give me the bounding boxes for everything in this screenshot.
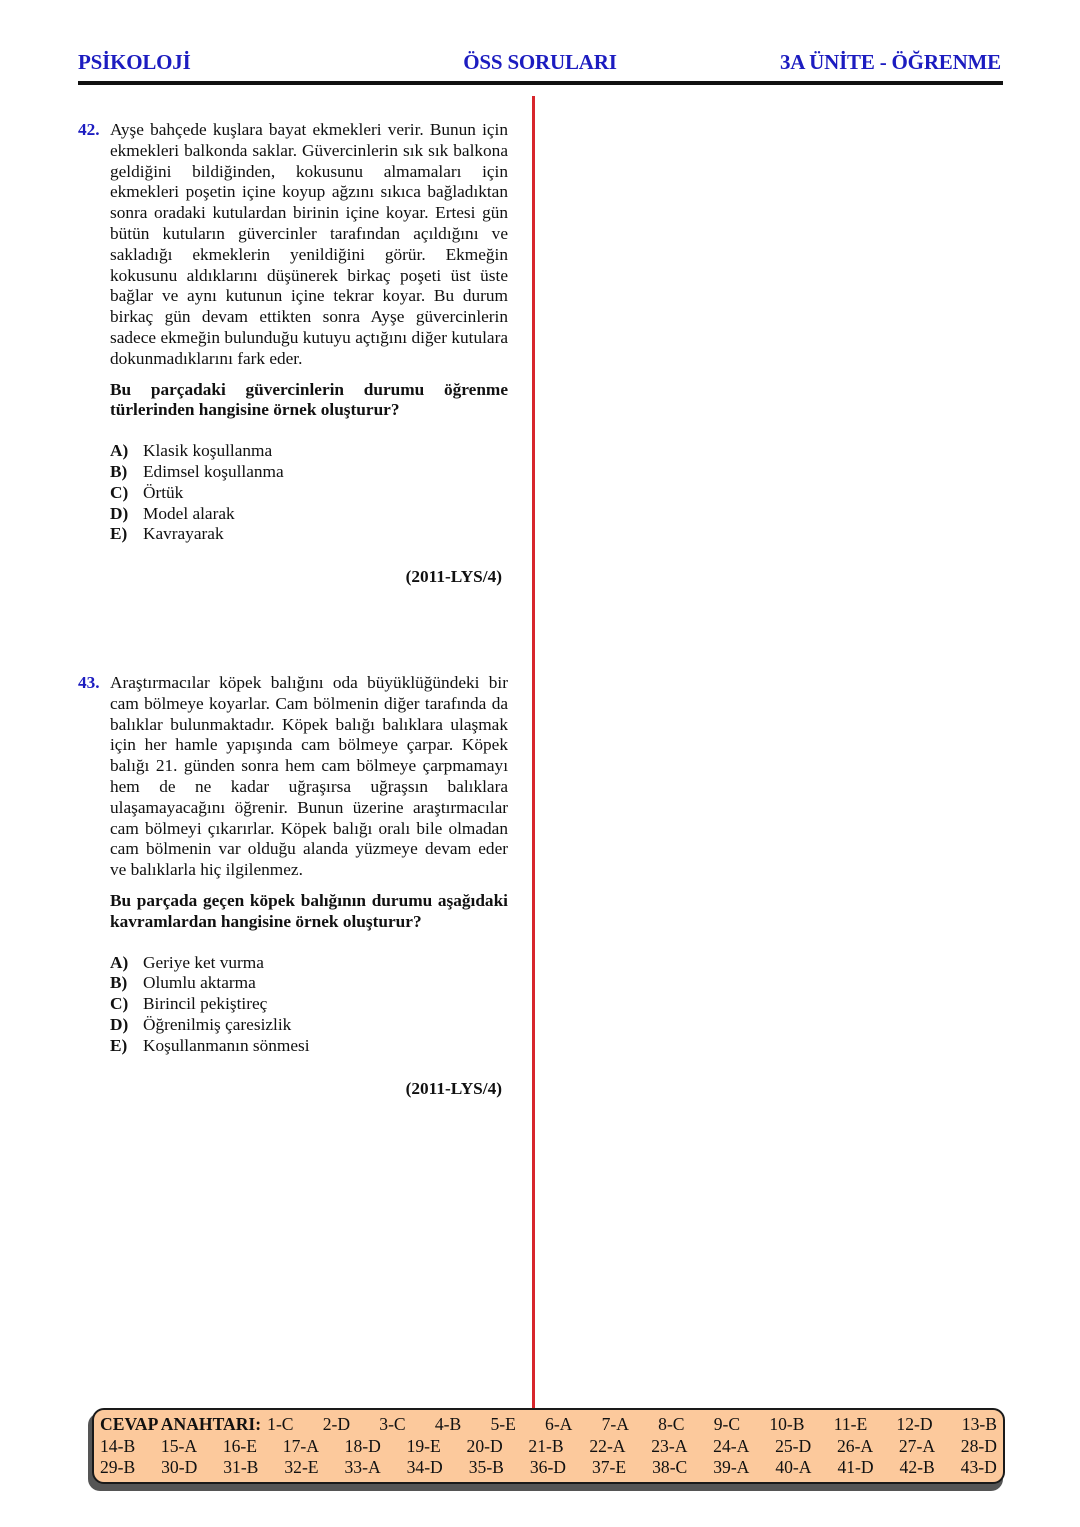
answer-key-item: 16-E (223, 1436, 257, 1458)
option-text: Olumlu aktarma (143, 973, 256, 994)
header-rule (78, 81, 1003, 85)
answer-key-row: CEVAP ANAHTARI:1-C2-D3-C4-B5-E6-A7-A8-C9… (100, 1414, 997, 1436)
answer-key-item: 18-D (345, 1436, 381, 1458)
option-text: Birincil pekiştireç (143, 994, 267, 1015)
answer-key-item: 34-D (407, 1457, 443, 1479)
option-text: Klasik koşullanma (143, 441, 272, 462)
answer-key-item: 9-C (714, 1414, 740, 1436)
answer-key-item: 43-D (961, 1457, 997, 1479)
answer-key-item: 17-A (283, 1436, 319, 1458)
answer-key-item: 6-A (545, 1414, 572, 1436)
answer-key-item: 37-E (592, 1457, 626, 1479)
answer-key-item: 27-A (899, 1436, 935, 1458)
option-text: Geriye ket vurma (143, 953, 264, 974)
option-text: Edimsel koşullanma (143, 462, 284, 483)
question-source: (2011-LYS/4) (78, 567, 502, 588)
option-letter: B) (110, 462, 143, 483)
answer-key-item: 28-D (961, 1436, 997, 1458)
answer-key-item: 31-B (223, 1457, 258, 1479)
answer-key-item: 24-A (713, 1436, 749, 1458)
question-prompt: Bu parçada geçen köpek balığının durumu … (110, 891, 508, 933)
option-letter: A) (110, 953, 143, 974)
option-letter: C) (110, 483, 143, 504)
answer-key: CEVAP ANAHTARI:1-C2-D3-C4-B5-E6-A7-A8-C9… (92, 1408, 1005, 1484)
answer-key-item: 7-A (602, 1414, 629, 1436)
answer-key-item: 38-C (652, 1457, 687, 1479)
answer-key-item: 15-A (161, 1436, 197, 1458)
question-body: Ayşe bahçede kuşlara bayat ekmekleri ver… (110, 120, 508, 370)
answer-key-row: 29-B30-D31-B32-E33-A34-D35-B36-D37-E38-C… (100, 1457, 997, 1479)
answer-key-item: 21-B (528, 1436, 563, 1458)
question-42: 42. Ayşe bahçede kuşlara bayat ekmekleri… (78, 120, 508, 588)
answer-key-item: 23-A (651, 1436, 687, 1458)
answer-key-item: 12-D (896, 1414, 932, 1436)
question-prompt: Bu parçadaki güvercinlerin durumu öğrenm… (110, 380, 508, 422)
option-b[interactable]: B)Edimsel koşullanma (110, 462, 508, 483)
answer-key-item: 25-D (775, 1436, 811, 1458)
option-text: Model alarak (143, 504, 235, 525)
option-d[interactable]: D)Öğrenilmiş çaresizlik (110, 1015, 508, 1036)
answer-key-item: 39-A (713, 1457, 749, 1479)
question-number: 42. (78, 120, 100, 141)
answer-key-item: 35-B (469, 1457, 504, 1479)
option-letter: D) (110, 504, 143, 525)
answer-key-item: 20-D (467, 1436, 503, 1458)
option-text: Kavrayarak (143, 524, 224, 545)
answer-key-item: 29-B (100, 1457, 135, 1479)
answer-key-item: 8-C (658, 1414, 684, 1436)
option-a[interactable]: A)Geriye ket vurma (110, 953, 508, 974)
option-e[interactable]: E)Kavrayarak (110, 524, 508, 545)
answer-key-item: 2-D (323, 1414, 350, 1436)
option-letter: E) (110, 524, 143, 545)
question-body: Araştırmacılar köpek balığını oda büyükl… (110, 673, 508, 881)
option-a[interactable]: A)Klasik koşullanma (110, 441, 508, 462)
answer-key-item: 33-A (345, 1457, 381, 1479)
answer-key-item: 3-C (379, 1414, 405, 1436)
option-text: Öğrenilmiş çaresizlik (143, 1015, 291, 1036)
option-e[interactable]: E)Koşullanmanın sönmesi (110, 1036, 508, 1057)
option-list: A)Klasik koşullanma B)Edimsel koşullanma… (110, 441, 508, 545)
answer-key-item: 10-B (769, 1414, 804, 1436)
answer-key-item: 40-A (775, 1457, 811, 1479)
question-43: 43. Araştırmacılar köpek balığını oda bü… (78, 673, 508, 1099)
answer-key-item: 22-A (589, 1436, 625, 1458)
answer-key-item: 30-D (161, 1457, 197, 1479)
answer-key-item: 26-A (837, 1436, 873, 1458)
option-c[interactable]: C)Birincil pekiştireç (110, 994, 508, 1015)
answer-key-item: 36-D (530, 1457, 566, 1479)
header-unit: 3A ÜNİTE - ÖĞRENME (780, 50, 1001, 75)
answer-key-item: 42-B (900, 1457, 935, 1479)
answer-key-item: 13-B (962, 1414, 997, 1436)
option-letter: A) (110, 441, 143, 462)
column-divider (532, 96, 535, 1409)
option-list: A)Geriye ket vurma B)Olumlu aktarma C)Bi… (110, 953, 508, 1057)
option-letter: E) (110, 1036, 143, 1057)
question-source: (2011-LYS/4) (78, 1079, 502, 1100)
answer-key-item: 41-D (837, 1457, 873, 1479)
option-text: Örtük (143, 483, 183, 504)
option-b[interactable]: B)Olumlu aktarma (110, 973, 508, 994)
question-number: 43. (78, 673, 100, 694)
answer-key-item: 4-B (435, 1414, 461, 1436)
answer-key-item: 11-E (834, 1414, 868, 1436)
option-letter: B) (110, 973, 143, 994)
option-d[interactable]: D)Model alarak (110, 504, 508, 525)
option-text: Koşullanmanın sönmesi (143, 1036, 310, 1057)
answer-key-item: 5-E (490, 1414, 515, 1436)
answer-key-row: 14-B15-A16-E17-A18-D19-E20-D21-B22-A23-A… (100, 1436, 997, 1458)
answer-key-item: 1-C (267, 1414, 293, 1436)
option-letter: D) (110, 1015, 143, 1036)
answer-key-item: 19-E (407, 1436, 441, 1458)
option-letter: C) (110, 994, 143, 1015)
answer-key-label: CEVAP ANAHTARI: (100, 1414, 261, 1436)
option-c[interactable]: C)Örtük (110, 483, 508, 504)
answer-key-item: 32-E (284, 1457, 318, 1479)
answer-key-item: 14-B (100, 1436, 135, 1458)
